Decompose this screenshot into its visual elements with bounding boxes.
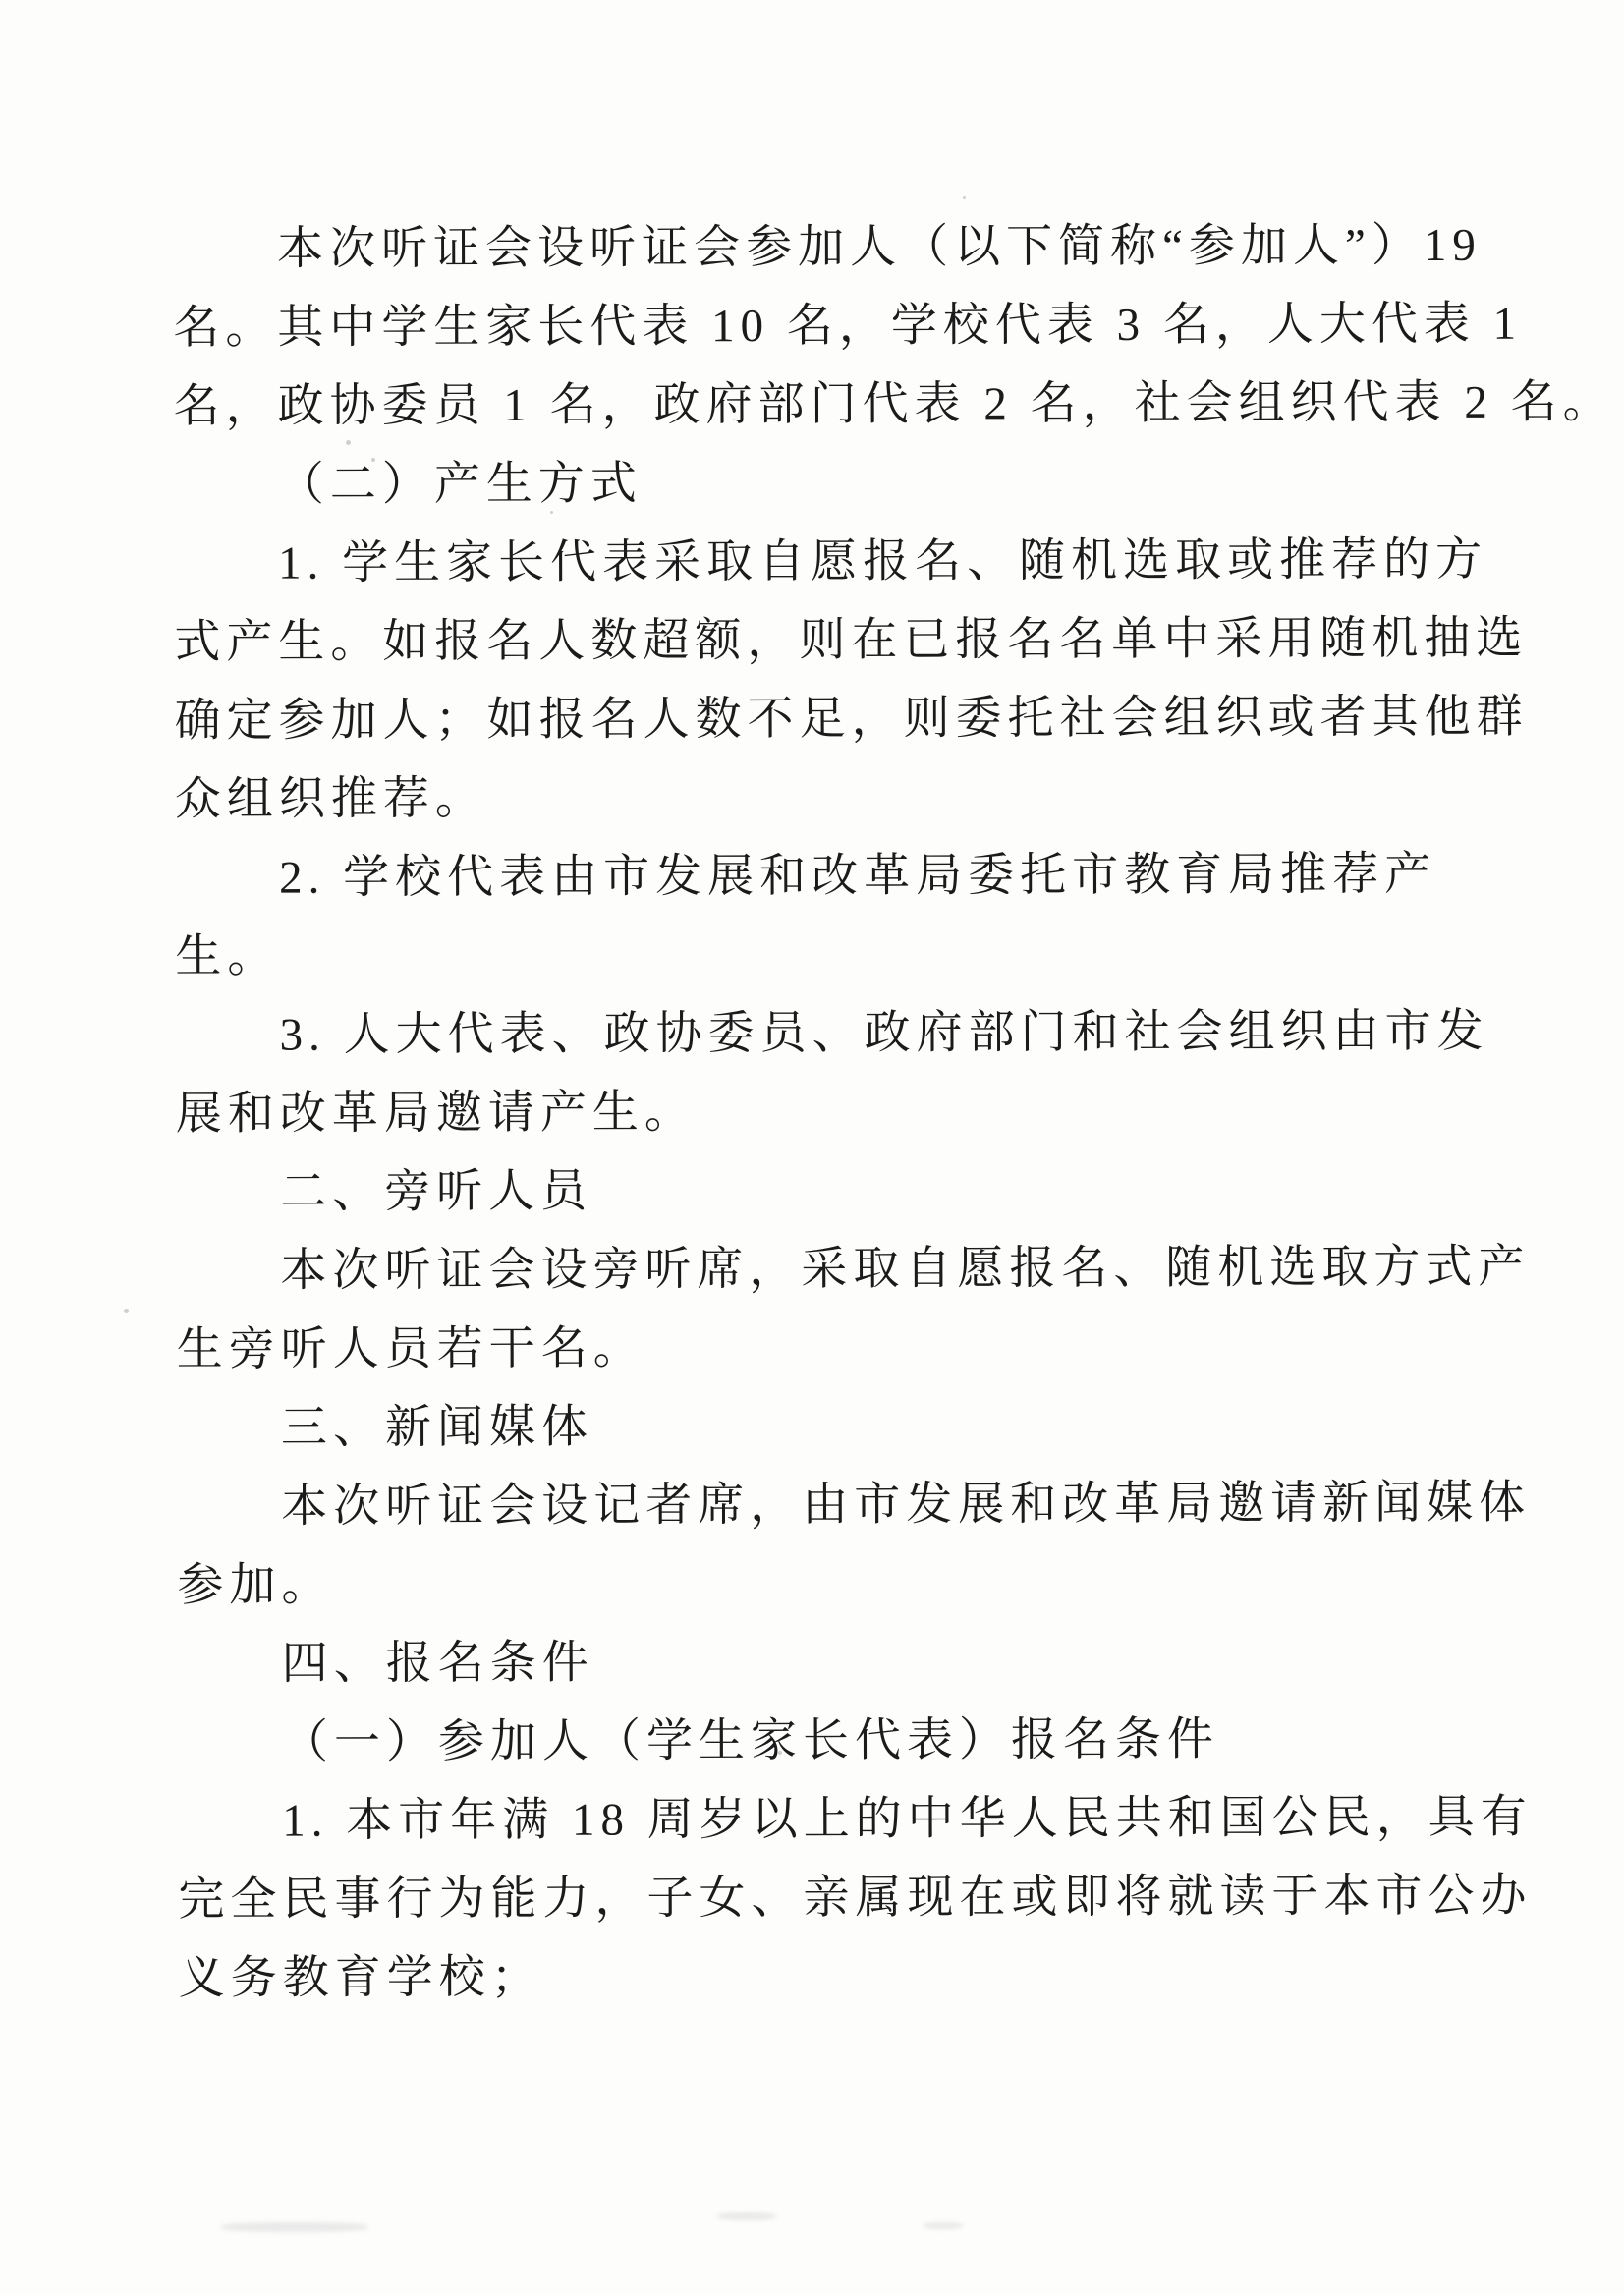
text-line-3: 名，政协委员 1 名，政府部门代表 2 名，社会组织代表 2 名。 xyxy=(174,364,1490,446)
text-line-21: 1. 本市年满 18 周岁以上的中华人民共和国公民，具有 xyxy=(178,1778,1494,1861)
text-line-20: （一）参加人（学生家长代表）报名条件 xyxy=(178,1700,1494,1782)
text-line-10: 生。 xyxy=(175,914,1491,996)
text-line-16: 三、新闻媒体 xyxy=(177,1385,1493,1468)
text-line-12: 展和改革局邀请产生。 xyxy=(176,1071,1492,1153)
text-line-19: 四、报名条件 xyxy=(178,1621,1494,1704)
text-line-2: 名。其中学生家长代表 10 名，学校代表 3 名，人大代表 1 xyxy=(173,285,1489,367)
document-page: 本次听证会设听证会参加人（以下简称“参加人”）19名。其中学生家长代表 10 名… xyxy=(0,0,1624,2295)
text-line-1: 本次听证会设听证会参加人（以下简称“参加人”）19 xyxy=(173,206,1489,289)
text-block: 本次听证会设听证会参加人（以下简称“参加人”）19名。其中学生家长代表 10 名… xyxy=(173,206,1495,2018)
text-line-14: 本次听证会设旁听席，采取自愿报名、随机选取方式产 xyxy=(176,1228,1492,1311)
text-line-18: 参加。 xyxy=(177,1542,1493,1625)
text-line-23: 义务教育学校； xyxy=(179,1935,1495,2018)
text-line-9: 2. 学校代表由市发展和改革局委托市教育局推荐产 xyxy=(175,835,1491,918)
text-line-15: 生旁听人员若干名。 xyxy=(177,1307,1493,1389)
text-line-6: 式产生。如报名人数超额，则在已报名名单中采用随机抽选 xyxy=(174,599,1490,682)
text-line-17: 本次听证会设记者席，由市发展和改革局邀请新闻媒体 xyxy=(177,1464,1493,1546)
text-line-13: 二、旁听人员 xyxy=(176,1149,1492,1232)
text-line-5: 1. 学生家长代表采取自愿报名、随机选取或推荐的方 xyxy=(174,521,1490,603)
text-line-8: 众组织推荐。 xyxy=(175,756,1491,839)
text-line-4: （二）产生方式 xyxy=(174,442,1490,525)
text-line-11: 3. 人大代表、政协委员、政府部门和社会组织由市发 xyxy=(176,992,1492,1075)
text-line-7: 确定参加人；如报名人数不足，则委托社会组织或者其他群 xyxy=(175,678,1491,760)
text-line-22: 完全民事行为能力，子女、亲属现在或即将就读于本市公办 xyxy=(178,1857,1494,1939)
